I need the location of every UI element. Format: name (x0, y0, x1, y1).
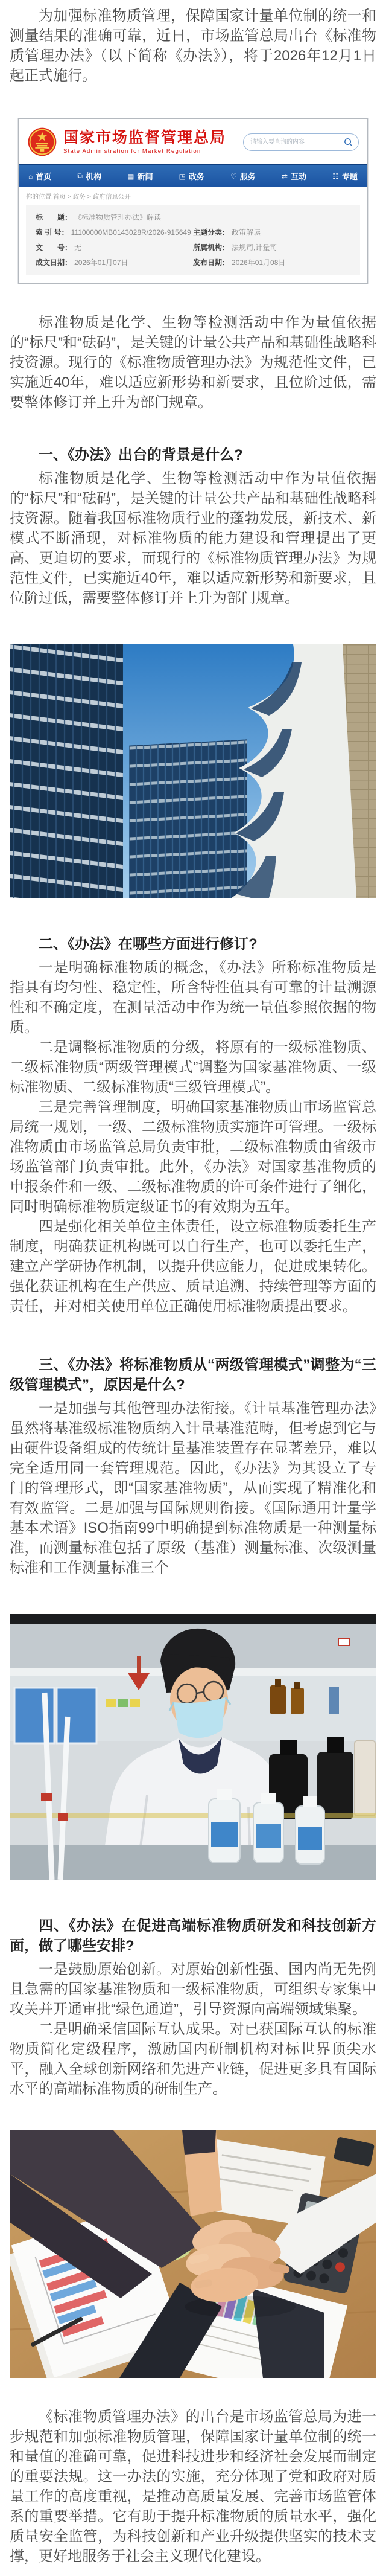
nav-label-org: 机构 (86, 170, 101, 182)
search-input[interactable] (249, 138, 344, 146)
nav-item-org[interactable]: ⧉机构 (77, 170, 101, 182)
main-nav: ⌂首页 ⧉机构 ▤新闻 ◳政务 ♡服务 ⇄互动 ☷专题 (19, 164, 367, 187)
meta-title-value: 《标准物质管理办法》解读 (74, 213, 161, 223)
meta-title-label: 标 题： (36, 213, 72, 223)
section-2-paragraph-3: 三是完善管理制度，明确国家基准物质由市场监管总局统一规划，一级、二级标准物质实施… (10, 1097, 376, 1217)
search-box[interactable] (243, 133, 359, 151)
intro-paragraph: 为加强标准物质管理，保障国家计量单位制的统一和测量结果的准确可靠，近日，市场监管… (10, 6, 376, 86)
meta-org-label: 所属机构： (193, 243, 229, 253)
section-2-paragraph-2: 二是调整标准物质的分级，将原有的一级标准物质、二级标准物质“两级管理模式”调整为… (10, 1037, 376, 1097)
section-2-heading: 二、《办法》在哪些方面进行修订? (10, 934, 376, 954)
meta-date-written-label: 成文日期： (36, 258, 72, 268)
national-emblem-logo (27, 127, 57, 157)
site-name-block: 国家市场监督管理总局 State Administration for Mark… (63, 129, 226, 155)
meta-topic-value: 政策解读 (232, 228, 261, 238)
section-3-paragraph: 一是加强与其他管理办法衔接。《计量基准管理办法》虽然将基准级标准物质纳入计量基准… (10, 1399, 376, 1578)
section-1-heading: 一、《办法》出台的背景是什么? (10, 445, 376, 465)
meta-docno-value: 无 (74, 243, 81, 253)
section-2-paragraph-4: 四是强化相关单位主体责任，设立标准物质委托生产制度，明确获证机构既可以自行生产，… (10, 1217, 376, 1316)
laboratory-photo (10, 1614, 376, 1880)
heart-icon: ♡ (230, 172, 237, 181)
website-screenshot: 国家市场监督管理总局 State Administration for Mark… (18, 118, 368, 284)
article-page: 为加强标准物质管理，保障国家计量单位制的统一和测量结果的准确可靠，近日，市场监管… (0, 0, 386, 2576)
gov-affairs-icon: ◳ (179, 172, 186, 181)
nav-item-interact[interactable]: ⇄互动 (282, 170, 306, 182)
list-icon: ☷ (332, 172, 339, 181)
section-4-paragraph-2: 二是明确采信国际互认成果。对已获国际互认的标准物质简化定级程序，激励国内研制机构… (10, 2019, 376, 2099)
buildings-photo (10, 644, 376, 898)
meta-org-value: 法规司,计量司 (232, 243, 277, 253)
breadcrumb: 你的位置:首页 > 政务 > 政府信息公开 (19, 187, 367, 205)
meta-topic-label: 主题分类： (193, 228, 229, 238)
section-1-paragraph: 标准物质是化学、生物等检测活动中作为量值依据的“标尺”和“砝码”，是关键的计量公… (10, 469, 376, 608)
nav-label-special: 专题 (342, 170, 358, 182)
site-header: 国家市场监督管理总局 State Administration for Mark… (19, 119, 367, 164)
meta-docno-label: 文 号： (36, 243, 72, 253)
section-3-heading: 三、《办法》将标准物质从“两级管理模式”调整为“三级管理模式”，原因是什么? (10, 1355, 376, 1395)
nav-item-special[interactable]: ☷专题 (332, 170, 358, 182)
nav-item-gov[interactable]: ◳政务 (179, 170, 204, 182)
section-4-paragraph-1: 一是鼓励原始创新。对原始创新性强、国内尚无先例且急需的国家基准物质和一级标准物质… (10, 1959, 376, 2019)
nav-label-interact: 互动 (291, 170, 306, 182)
org-icon: ⧉ (77, 171, 83, 181)
search-icon[interactable] (344, 138, 353, 147)
site-subtitle: State Administration for Market Regulati… (63, 148, 226, 155)
meta-date-written-value: 2026年01月07日 (74, 258, 128, 268)
overview-paragraph: 标准物质是化学、生物等检测活动中作为量值依据的“标尺”和“砝码”，是关键的计量公… (10, 313, 376, 412)
news-icon: ▤ (127, 172, 134, 181)
nav-label-news: 新闻 (137, 170, 153, 182)
section-4-heading: 四、《办法》在促进高端标准物质研发和科技创新方面，做了哪些安排? (10, 1916, 376, 1956)
closing-paragraph: 《标准物质管理办法》的出台是市场监管总局为进一步规范和加强标准物质管理，保障国家… (10, 2407, 376, 2566)
site-title: 国家市场监督管理总局 (63, 129, 226, 146)
arrows-icon: ⇄ (282, 172, 288, 181)
teamwork-photo (10, 2130, 376, 2378)
nav-item-home[interactable]: ⌂首页 (28, 170, 51, 182)
document-meta-box: 标 题：《标准物质管理办法》解读 索 引 号：11100000MB0143028… (26, 205, 360, 275)
nav-label-home: 首页 (36, 170, 51, 182)
meta-index-value: 11100000MB0143028R/2026-915649 (71, 228, 191, 238)
nav-label-gov: 政务 (189, 170, 204, 182)
home-icon: ⌂ (28, 172, 33, 181)
nav-item-news[interactable]: ▤新闻 (127, 170, 153, 182)
meta-index-label: 索 引 号： (36, 228, 69, 238)
meta-date-pub-label: 发布日期： (193, 258, 229, 268)
section-2-paragraph-1: 一是明确标准物质的概念，《办法》所称标准物质是指具有均匀性、稳定性，所含特性值具… (10, 958, 376, 1037)
nav-label-service: 服务 (240, 170, 256, 182)
nav-item-service[interactable]: ♡服务 (230, 170, 256, 182)
meta-date-pub-value: 2026年01月08日 (232, 258, 285, 268)
